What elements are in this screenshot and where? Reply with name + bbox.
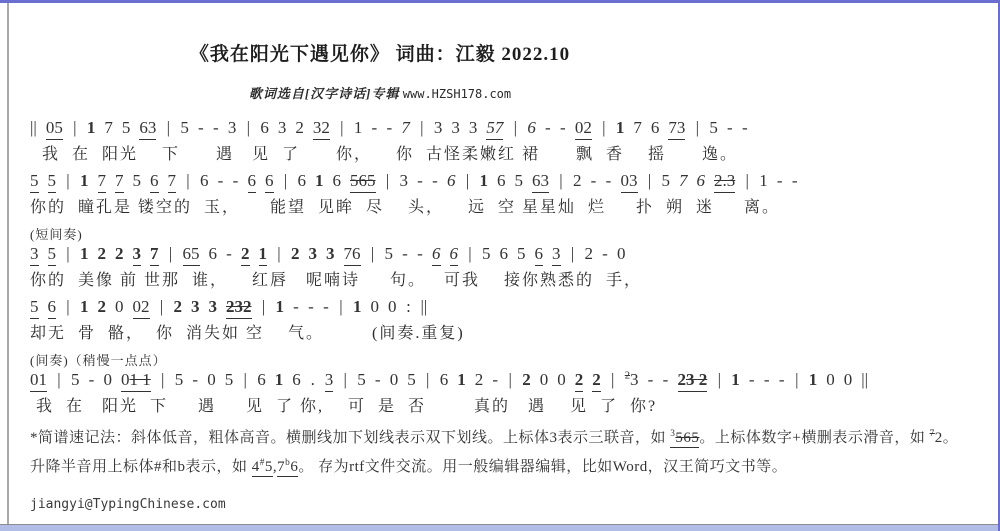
note-token: 72 <box>930 430 943 446</box>
note-token: 1 <box>80 244 89 264</box>
lyrics-line: 你的 瞳孔是 镂空的 玉， 能望 见眸 尽 头， 远 空 星星灿 烂 扑 朔 迷… <box>30 194 992 215</box>
score-line: 55|177567|6--66|616565|3--6|16563|2--03|… <box>30 171 992 215</box>
note-token: - <box>417 171 423 191</box>
note-token: 1 <box>616 118 625 138</box>
title-block: 《我在阳光下遇见你》 词曲：江毅 2022.10 歌词选自[汉字诗话]专辑 ww… <box>30 39 730 102</box>
note-token: 7 <box>168 171 177 193</box>
note-token: 63 <box>139 118 156 140</box>
note-token: | <box>165 118 171 138</box>
lyrics-line: 却无 骨 骼， 你 消失如 空 气。 (间奏.重复) <box>30 320 992 341</box>
note-token: | <box>242 370 248 390</box>
score-line: 56|12002|233232|1---|100:||却无 骨 骼， 你 消失如… <box>30 297 992 341</box>
note-token: 0 <box>115 297 124 317</box>
note-token: 6 <box>333 171 342 191</box>
contact-email: jiangyi@TypingChinese.com <box>30 497 992 512</box>
note-token: 02 <box>575 118 592 140</box>
note-token: 1 <box>80 171 89 191</box>
note-token: - <box>602 244 608 264</box>
note-token: 1 <box>480 171 489 191</box>
note-token: 5 <box>385 244 394 264</box>
note-token: - <box>375 370 381 390</box>
note-token: - <box>764 370 770 390</box>
note-token: 0 <box>121 370 130 389</box>
note-token: 。 存为rtf文件交流。用一般编辑器编辑，比如Word，汉王简巧文书等。 <box>298 459 787 475</box>
note-token: 3 <box>400 171 409 191</box>
note-token: 3565 <box>670 430 699 448</box>
note-token: 0 <box>540 370 549 390</box>
note-token: 63 <box>532 171 549 193</box>
note-token: . <box>310 370 316 390</box>
document-content: 《我在阳光下遇见你》 词曲：江毅 2022.10 歌词选自[汉字诗话]专辑 ww… <box>30 3 992 512</box>
note-token: | <box>65 297 71 317</box>
note-token: 5 <box>662 171 671 191</box>
lyrics-line: 你的 美像 前 世那 谁， 红唇 呢喃诗 句。 可我 接你熟悉的 手， <box>30 267 992 288</box>
note-token: 2 <box>174 297 183 317</box>
note-token: - <box>777 171 783 191</box>
note-token: 5 <box>30 171 39 193</box>
note-token: 6 <box>497 171 506 191</box>
note-token: | <box>72 118 78 138</box>
note-token: | <box>694 118 700 138</box>
note-token: 5 <box>48 171 57 193</box>
note-token: 5 <box>30 297 39 319</box>
note-token: 7 <box>150 244 159 266</box>
note-token: - <box>742 118 748 138</box>
note-token: 1 <box>275 370 284 390</box>
note-token: | <box>570 244 576 264</box>
note-token: - <box>648 370 654 390</box>
note-token: | <box>601 118 607 138</box>
note-token: 7 <box>679 171 688 191</box>
note-token: | <box>185 171 191 191</box>
note-token: 2 <box>115 244 124 264</box>
note-token: 6 <box>697 171 706 191</box>
note-token: | <box>507 370 513 390</box>
note-token: 1 <box>353 297 362 317</box>
note-token: | <box>647 171 653 191</box>
note-token: 2 <box>98 244 107 264</box>
note-token: 1 <box>315 171 324 191</box>
note-token: 7 <box>633 118 642 138</box>
note-token: 57 <box>486 118 503 140</box>
note-token: 32 <box>313 118 330 140</box>
note-token: 05 <box>46 118 63 140</box>
note-token: 2 <box>241 244 250 266</box>
lyrics-line: 我 在 阳光 下 遇 见 了 你, 可 是 否 真的 遇 见 了 你? <box>30 393 992 414</box>
note-token: 5 <box>48 244 57 266</box>
note-token: 2 <box>592 370 601 392</box>
note-token: 23 2 <box>678 370 708 392</box>
note-token: 3 <box>325 370 334 392</box>
note-token: - <box>386 118 392 138</box>
note-token: 565 <box>350 171 376 193</box>
note-token: 1 <box>87 118 96 138</box>
notes-line: 35|12237|656-21|23376|5--66|56563|2-0 <box>30 244 992 267</box>
note-token: 1 <box>354 118 363 138</box>
subtitle-source: 歌词选自[汉字诗话]专辑 <box>249 86 400 101</box>
note-token: 。上标体数字+横删表示滑音，如 <box>699 430 929 446</box>
note-token: 6 <box>150 171 159 193</box>
note-token: 2 <box>573 171 582 191</box>
note-token: 3 <box>552 244 561 266</box>
note-token: | <box>610 370 616 390</box>
note-token: 5 <box>175 370 184 390</box>
section-label: (短间奏) <box>30 224 992 243</box>
song-title: 《我在阳光下遇见你》 词曲：江毅 2022.10 <box>30 39 730 66</box>
note-token: 3 <box>228 118 237 138</box>
note-token: - <box>792 171 798 191</box>
note-token: 5 <box>122 118 131 138</box>
note-token: | <box>467 244 473 264</box>
note-token: 2 <box>291 244 300 264</box>
note-token: 2 <box>575 370 584 392</box>
note-token: 565 <box>675 430 699 446</box>
note-token: 1 <box>457 370 466 390</box>
note-token: - <box>663 370 669 390</box>
note-token: | <box>56 370 62 390</box>
note-token: - <box>606 171 612 191</box>
note-token: 6 <box>260 118 269 138</box>
lyrics-line: 我 在 阳光 下 遇 见 了 你， 你 古怪柔嫩红 裙 飘 香 摇 逸。 <box>30 141 992 162</box>
note-token: 0 <box>388 297 397 317</box>
note-token: - <box>213 118 219 138</box>
note-token: 7 <box>98 171 107 193</box>
note-token: | <box>245 118 251 138</box>
note-token: - <box>432 171 438 191</box>
note-token: 2 <box>935 430 943 446</box>
note-token: 3 <box>434 118 443 138</box>
note-token: - <box>402 244 408 264</box>
note-token: 6 <box>527 118 536 138</box>
note-token: 03 <box>621 171 638 193</box>
note-token: 2 <box>522 370 531 390</box>
notes-line: 56|12002|233232|1---|100:|| <box>30 297 992 320</box>
notes-line: 01|5-001 1|5-05|616.3|5-05|612-|20022|23… <box>30 370 992 393</box>
note-token: 65 <box>183 244 200 266</box>
note-token: 1 <box>809 370 818 390</box>
note-token: 2 <box>678 370 687 389</box>
note-token: | <box>512 118 518 138</box>
note-token: - <box>218 171 224 191</box>
note-token: - <box>323 297 329 317</box>
note-token: | <box>159 297 165 317</box>
note-token: 1 1 <box>130 370 151 389</box>
note-token: | <box>370 244 376 264</box>
note-token: - <box>591 171 597 191</box>
note-token: 7 <box>401 118 410 138</box>
note-token: 0 <box>826 370 835 390</box>
note-token: 6 <box>48 297 57 319</box>
note-token: 1 <box>731 370 740 390</box>
note-token: - <box>545 118 551 138</box>
horizontal-scrollbar[interactable] <box>0 524 998 531</box>
footnote-line: 升降半音用上标体#和b表示，如 4#5,7b6。 存为rtf文件交流。用一般编辑… <box>30 453 992 482</box>
note-token: 0 <box>371 297 380 317</box>
note-token: 6 <box>292 370 301 390</box>
note-token: | <box>160 370 166 390</box>
note-token: 02 <box>133 297 150 319</box>
note-token: 6 <box>209 244 218 264</box>
note-token: 3 2 <box>686 370 707 389</box>
footnote-line: *简谱速记法：斜体低音，粗体高音。横删线加下划线表示双下划线。上标体3表示三联音… <box>30 424 992 453</box>
note-token: 7 <box>104 118 113 138</box>
note-token: 1 <box>259 244 268 266</box>
note-token: 6 <box>265 171 274 193</box>
note-token: 2 <box>475 370 484 390</box>
left-margin-rule <box>7 3 9 531</box>
note-token: 0 <box>390 370 399 390</box>
note-token: 6 <box>298 171 307 191</box>
score-line: ||05|17563|5--3|63232|1--7|33357|6--02|1… <box>30 118 992 162</box>
note-token: 2 <box>98 297 107 317</box>
note-token: 3 <box>451 118 460 138</box>
note-token: 01 1 <box>121 370 151 392</box>
note-token: 6 <box>651 118 660 138</box>
note-token: 6 <box>450 244 459 266</box>
note-token: 6 <box>500 244 509 264</box>
note-token: | <box>558 171 564 191</box>
note-token: 5 <box>407 370 416 390</box>
note-token: - <box>192 370 198 390</box>
note-token: | <box>283 171 289 191</box>
note-token: 6 <box>248 171 257 193</box>
note-token: 3 <box>30 244 39 266</box>
notes-line: 55|177567|6--66|616565|3--6|16563|2--03|… <box>30 171 992 194</box>
note-token: - <box>492 370 498 390</box>
note-token: - <box>89 370 95 390</box>
note-token: 7b6 <box>277 459 298 477</box>
note-token: 73 <box>668 118 685 140</box>
note-token: 3 <box>278 118 287 138</box>
note-token: 7 <box>115 171 124 193</box>
note-token: 4#5 <box>252 459 273 477</box>
note-token: | <box>744 171 750 191</box>
note-token: || <box>421 297 428 317</box>
note-token: 3 <box>326 244 335 264</box>
note-token: 5 <box>225 370 234 390</box>
note-token: - <box>233 171 239 191</box>
song-subtitle: 歌词选自[汉字诗话]专辑 www.HZSH178.com <box>30 83 730 102</box>
note-token: 0 <box>207 370 216 390</box>
note-token: 5 <box>180 118 189 138</box>
score-line: (间奏)（稍慢一点点）01|5-001 1|5-05|616.3|5-05|61… <box>30 350 992 414</box>
note-token: - <box>727 118 733 138</box>
note-token: 7 <box>277 459 285 475</box>
note-token: 。 <box>943 430 959 446</box>
note-token: | <box>465 171 471 191</box>
note-token: - <box>749 370 755 390</box>
note-token: 3 <box>209 297 218 317</box>
note-token: 6 <box>440 370 449 390</box>
note-token: 5 <box>709 118 718 138</box>
note-token: 0 <box>104 370 113 390</box>
note-token: 3 <box>133 244 142 266</box>
note-token: | <box>168 244 174 264</box>
section-label: (间奏)（稍慢一点点） <box>30 350 992 369</box>
notes-line: ||05|17563|5--3|63232|1--7|33357|6--02|1… <box>30 118 992 141</box>
note-token: - <box>226 244 232 264</box>
note-token: - <box>198 118 204 138</box>
note-token: 5 <box>265 459 273 475</box>
note-token: 升降半音用上标体#和b表示，如 <box>30 459 252 475</box>
subtitle-url: www.HZSH178.com <box>403 87 511 101</box>
note-token: | <box>794 370 800 390</box>
note-token: 3 <box>309 244 318 264</box>
note-token: - <box>417 244 423 264</box>
note-token: - <box>293 297 299 317</box>
note-token: | <box>339 118 345 138</box>
note-token: | <box>425 370 431 390</box>
note-token: 5 <box>515 171 524 191</box>
note-token: | <box>65 171 71 191</box>
note-token: 5 <box>517 244 526 264</box>
note-token: || <box>30 118 37 138</box>
note-token: 23 <box>625 370 639 390</box>
note-token: 0 <box>557 370 566 390</box>
note-token: | <box>342 370 348 390</box>
note-token: | <box>385 171 391 191</box>
note-token: 3 <box>469 118 478 138</box>
note-token: 2.3 <box>714 171 735 193</box>
note-token: - <box>308 297 314 317</box>
note-token: 5 <box>357 370 366 390</box>
note-token: 2 <box>295 118 304 138</box>
note-token: | <box>65 244 71 264</box>
note-token: *简谱速记法：斜体低音，粗体高音。横删线加下划线表示双下划线。上标体3表示三联音… <box>30 430 670 446</box>
note-token: | <box>338 297 344 317</box>
note-token: 2 <box>585 244 594 264</box>
note-token: 76 <box>344 244 361 266</box>
note-token: 3 <box>191 297 200 317</box>
note-token: 6 <box>447 171 456 191</box>
note-token: 232 <box>226 297 252 319</box>
note-token: 0 <box>844 370 853 390</box>
note-token: - <box>560 118 566 138</box>
note-token: 0 <box>617 244 626 264</box>
note-token: | <box>276 244 282 264</box>
note-token: | <box>716 370 722 390</box>
note-token: - <box>779 370 785 390</box>
note-token: 5 <box>482 244 491 264</box>
note-token: 6 <box>432 244 441 266</box>
footnotes: *简谱速记法：斜体低音，粗体高音。横删线加下划线表示双下划线。上标体3表示三联音… <box>30 424 992 481</box>
note-token: 3 <box>630 370 639 389</box>
note-token: 4 <box>252 459 260 475</box>
note-token: 1 <box>80 297 89 317</box>
score-line: (短间奏)35|12237|656-21|23376|5--66|56563|2… <box>30 224 992 288</box>
note-token: 1 <box>759 171 768 191</box>
note-token: 6 <box>200 171 209 191</box>
note-token: 1 <box>276 297 285 317</box>
score-body: ||05|17563|5--3|63232|1--7|33357|6--02|1… <box>30 118 992 414</box>
note-token: 01 <box>30 370 47 392</box>
note-token: 5 <box>71 370 80 390</box>
note-token: | <box>419 118 425 138</box>
note-token: - <box>371 118 377 138</box>
note-token: | <box>261 297 267 317</box>
note-token: || <box>861 370 868 390</box>
note-token: : <box>406 297 412 317</box>
note-token: 5 <box>133 171 142 191</box>
note-token: 6 <box>535 244 544 266</box>
note-token: 6 <box>257 370 266 390</box>
score-document-window: 《我在阳光下遇见你》 词曲：江毅 2022.10 歌词选自[汉字诗话]专辑 ww… <box>0 0 1000 531</box>
